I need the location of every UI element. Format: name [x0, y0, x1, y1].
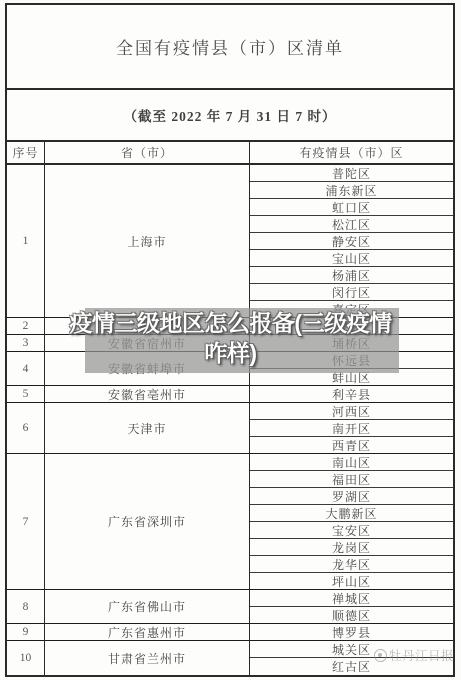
header-province: 省（市）	[45, 142, 250, 163]
district-cell: 龙华区	[250, 556, 453, 573]
district-cell: 西青区	[250, 437, 453, 454]
row-number-cell: 10	[7, 641, 45, 675]
district-list: 南山区福田区罗湖区大鹏新区宝安区龙岗区龙华区坪山区	[250, 454, 453, 589]
district-cell: 利辛县	[250, 386, 453, 403]
row-number-cell: 6	[7, 403, 45, 453]
title-section: 全国有疫情县（市）区清单	[7, 5, 453, 90]
district-cell: 浦东新区	[250, 182, 453, 199]
district-cell: 静安区	[250, 233, 453, 250]
table-row: 7广东省深圳市南山区福田区罗湖区大鹏新区宝安区龙岗区龙华区坪山区	[7, 454, 453, 590]
district-cell: 杨浦区	[250, 267, 453, 284]
caption-overlay-title: 疫情三级地区怎么报备(三级疫情 咋样)	[0, 308, 461, 368]
province-cell: 广东省深圳市	[45, 454, 250, 589]
caption-line-1: 疫情三级地区怎么报备(三级疫情	[0, 308, 461, 338]
header-districts: 有疫情县（市）区	[250, 142, 453, 163]
table-row: 8广东省佛山市禅城区顺德区	[7, 590, 453, 624]
district-cell: 宝安区	[250, 522, 453, 539]
district-list: 普陀区浦东新区虹口区松江区静安区宝山区杨浦区闵行区嘉定区	[250, 165, 453, 317]
header-serial: 序号	[7, 142, 45, 163]
district-cell: 南开区	[250, 420, 453, 437]
province-cell: 上海市	[45, 165, 250, 317]
row-number-cell: 9	[7, 624, 45, 640]
row-number-cell: 1	[7, 165, 45, 317]
table-row: 5安徽省亳州市利辛县	[7, 386, 453, 403]
date-note: （截至 2022 年 7 月 31 日 7 时）	[124, 105, 337, 125]
watermark-label: 牡丹江日报	[389, 646, 454, 664]
watermark: 牡丹江日报	[374, 646, 454, 664]
district-cell: 顺德区	[250, 607, 453, 624]
date-section: （截至 2022 年 7 月 31 日 7 时）	[7, 90, 453, 142]
district-cell: 龙岗区	[250, 539, 453, 556]
district-cell: 闵行区	[250, 284, 453, 301]
district-cell: 大鹏新区	[250, 505, 453, 522]
district-cell: 禅城区	[250, 590, 453, 607]
district-cell: 宝山区	[250, 250, 453, 267]
district-list: 河西区南开区西青区	[250, 403, 453, 453]
row-number-cell: 7	[7, 454, 45, 589]
table-header: 序号 省（市） 有疫情县（市）区	[7, 142, 453, 165]
district-cell: 松江区	[250, 216, 453, 233]
district-list: 博罗县	[250, 624, 453, 640]
district-cell: 普陀区	[250, 165, 453, 182]
district-cell: 罗湖区	[250, 488, 453, 505]
document-page: 全国有疫情县（市）区清单 （截至 2022 年 7 月 31 日 7 时） 序号…	[0, 0, 461, 680]
table-body: 1上海市普陀区浦东新区虹口区松江区静安区宝山区杨浦区闵行区嘉定区23安徽省宿州市…	[7, 165, 453, 675]
newspaper-logo-icon	[374, 649, 387, 662]
province-cell: 广东省惠州市	[45, 624, 250, 640]
province-cell: 广东省佛山市	[45, 590, 250, 623]
province-cell: 甘肃省兰州市	[45, 641, 250, 675]
district-list: 禅城区顺德区	[250, 590, 453, 623]
district-cell: 博罗县	[250, 624, 453, 641]
table-row: 1上海市普陀区浦东新区虹口区松江区静安区宝山区杨浦区闵行区嘉定区	[7, 165, 453, 318]
page-title: 全国有疫情县（市）区清单	[116, 34, 344, 59]
district-cell: 河西区	[250, 403, 453, 420]
row-number-cell: 8	[7, 590, 45, 623]
district-cell: 南山区	[250, 454, 453, 471]
province-cell: 天津市	[45, 403, 250, 453]
province-cell: 安徽省亳州市	[45, 386, 250, 402]
district-list: 利辛县	[250, 386, 453, 402]
district-cell: 坪山区	[250, 573, 453, 590]
district-cell: 福田区	[250, 471, 453, 488]
table-row: 6天津市河西区南开区西青区	[7, 403, 453, 454]
district-cell: 虹口区	[250, 199, 453, 216]
table-row: 9广东省惠州市博罗县	[7, 624, 453, 641]
caption-line-2: 咋样)	[0, 338, 461, 368]
row-number-cell: 5	[7, 386, 45, 402]
